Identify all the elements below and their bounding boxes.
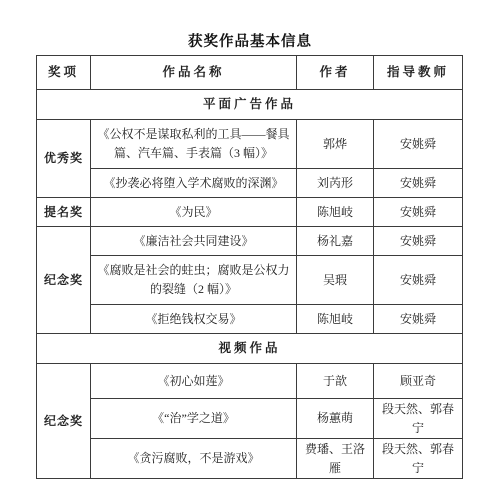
header-cell-teacher: 指导教师 xyxy=(374,56,463,90)
cell-title: 《腐败是社会的蛀虫；腐败是公权力的裂缝（2 幅）》 xyxy=(91,256,297,305)
cell-title: 《“治”学之道》 xyxy=(91,399,297,439)
cell-teacher: 段天然、郭春宁 xyxy=(374,399,463,439)
cell-author: 杨蕙萌 xyxy=(297,399,374,439)
cell-title: 《廉洁社会共同建设》 xyxy=(91,227,297,256)
page-title: 获奖作品基本信息 xyxy=(0,30,500,51)
cell-teacher: 安姚舜 xyxy=(374,227,463,256)
cell-teacher: 安姚舜 xyxy=(374,169,463,198)
awards-table: 奖项 作品名称 作者 指导教师 平面广告作品 优秀奖 《公权不是谋取私利的工具—… xyxy=(36,55,463,479)
cell-title: 《抄袭必将堕入学术腐败的深渊》 xyxy=(91,169,297,198)
cell-teacher: 段天然、郭春宁 xyxy=(374,439,463,479)
table-row: 《贪污腐败，不是游戏》 费璠、王洛雁 段天然、郭春宁 xyxy=(37,439,463,479)
cell-title: 《初心如莲》 xyxy=(91,364,297,399)
table-row: 《腐败是社会的蛀虫；腐败是公权力的裂缝（2 幅）》 吴瑕 安姚舜 xyxy=(37,256,463,305)
cell-author: 费璠、王洛雁 xyxy=(297,439,374,479)
table-row: 《“治”学之道》 杨蕙萌 段天然、郭春宁 xyxy=(37,399,463,439)
section-title: 平面广告作品 xyxy=(37,90,463,120)
section-title: 视频作品 xyxy=(37,334,463,364)
cell-author: 郭烨 xyxy=(297,120,374,169)
cell-award: 纪念奖 xyxy=(37,227,91,334)
table-row: 提名奖 《为民》 陈旭岐 安姚舜 xyxy=(37,198,463,227)
cell-title: 《贪污腐败，不是游戏》 xyxy=(91,439,297,479)
cell-author: 吴瑕 xyxy=(297,256,374,305)
cell-author: 陈旭岐 xyxy=(297,305,374,334)
table-row: 《抄袭必将堕入学术腐败的深渊》 刘芮形 安姚舜 xyxy=(37,169,463,198)
cell-author: 杨礼嘉 xyxy=(297,227,374,256)
cell-teacher: 顾亚奇 xyxy=(374,364,463,399)
header-cell-award: 奖项 xyxy=(37,56,91,90)
cell-teacher: 安姚舜 xyxy=(374,120,463,169)
header-cell-author: 作者 xyxy=(297,56,374,90)
cell-title: 《公权不是谋取私利的工具——餐具篇、汽车篇、手表篇（3 幅）》 xyxy=(91,120,297,169)
cell-teacher: 安姚舜 xyxy=(374,198,463,227)
cell-teacher: 安姚舜 xyxy=(374,256,463,305)
cell-author: 于歆 xyxy=(297,364,374,399)
table-row: 《拒绝钱权交易》 陈旭岐 安姚舜 xyxy=(37,305,463,334)
table-row: 纪念奖 《初心如莲》 于歆 顾亚奇 xyxy=(37,364,463,399)
cell-author: 陈旭岐 xyxy=(297,198,374,227)
cell-award: 优秀奖 xyxy=(37,120,91,198)
table-row: 纪念奖 《廉洁社会共同建设》 杨礼嘉 安姚舜 xyxy=(37,227,463,256)
section-row-videos: 视频作品 xyxy=(37,334,463,364)
section-row-print-ads: 平面广告作品 xyxy=(37,90,463,120)
header-cell-title: 作品名称 xyxy=(91,56,297,90)
cell-title: 《为民》 xyxy=(91,198,297,227)
table-row: 优秀奖 《公权不是谋取私利的工具——餐具篇、汽车篇、手表篇（3 幅）》 郭烨 安… xyxy=(37,120,463,169)
cell-teacher: 安姚舜 xyxy=(374,305,463,334)
cell-award: 纪念奖 xyxy=(37,364,91,479)
cell-title: 《拒绝钱权交易》 xyxy=(91,305,297,334)
cell-author: 刘芮形 xyxy=(297,169,374,198)
table-header-row: 奖项 作品名称 作者 指导教师 xyxy=(37,56,463,90)
cell-award: 提名奖 xyxy=(37,198,91,227)
